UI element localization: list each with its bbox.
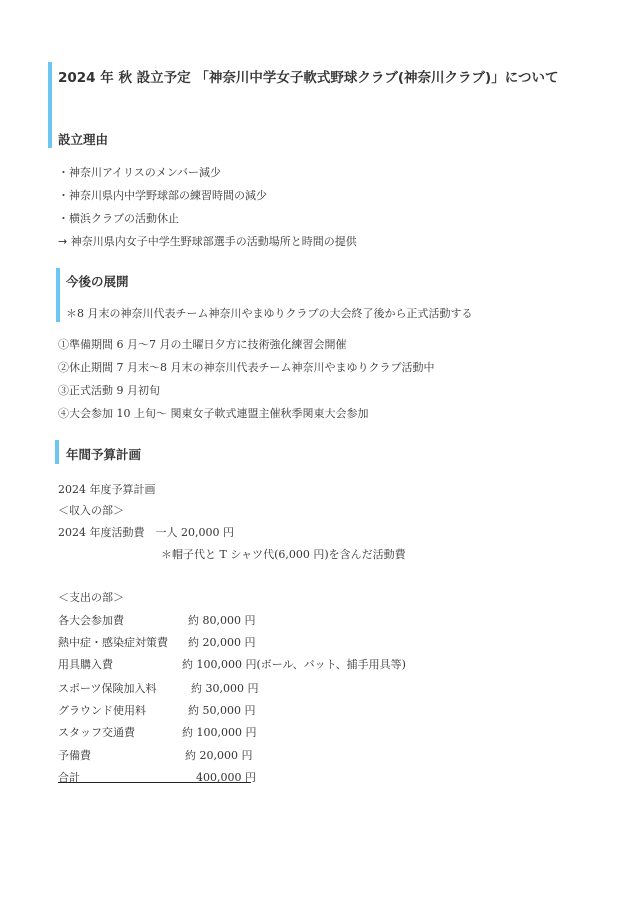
- plan-note: ＊8 月末の神奈川代表チーム神奈川やまゆりクラブの大会終了後から正式活動する: [66, 305, 473, 321]
- plan-step: ③正式活動 9 月初旬: [58, 382, 160, 398]
- expense-amount: 約 50,000 円: [188, 702, 255, 718]
- section-heading-budget: 年間予算計画: [66, 445, 141, 463]
- expense-item: 予備費: [58, 747, 91, 763]
- expense-item: 熱中症・感染症対策費: [58, 634, 168, 650]
- income-line: 2024 年度活動費 一人 20,000 円: [58, 524, 234, 540]
- expense-label: ＜支出の部＞: [58, 589, 124, 605]
- expense-amount: 約 100,000 円: [182, 724, 256, 740]
- expense-amount: 約 80,000 円: [188, 612, 255, 628]
- plan-step: ②休止期間 7 月末〜8 月末の神奈川代表チーム神奈川やまゆりクラブ活動中: [58, 359, 434, 375]
- budget-subtitle: 2024 年度予算計画: [58, 481, 156, 497]
- plan-step: ④大会参加 10 上旬〜 関東女子軟式連盟主催秋季関東大会参加: [58, 405, 369, 421]
- expense-item: スタッフ交通費: [58, 724, 135, 740]
- expense-amount: 約 20,000 円: [188, 634, 255, 650]
- section-heading-reason: 設立理由: [58, 130, 108, 148]
- plan-step: ①準備期間 6 月〜7 月の土曜日夕方に技術強化練習会開催: [58, 336, 347, 352]
- expense-item: 用具購入費: [58, 656, 113, 672]
- reason-conclusion: → 神奈川県内女子中学生野球部選手の活動場所と時間の提供: [58, 233, 357, 249]
- reason-item: ・横浜クラブの活動休止: [58, 210, 179, 226]
- expense-item: 各大会参加費: [58, 612, 124, 628]
- expense-item: グラウンド使用料: [58, 702, 146, 718]
- reason-item: ・神奈川県内中学野球部の練習時間の減少: [58, 187, 267, 203]
- expense-amount: 約 20,000 円: [185, 747, 252, 763]
- title-accent-bar: [48, 62, 52, 148]
- total-underline: [58, 782, 251, 783]
- expense-item: スポーツ保険加入料: [58, 680, 157, 696]
- section-heading-plan: 今後の展開: [66, 272, 129, 290]
- reason-item: ・神奈川アイリスのメンバー減少: [58, 164, 221, 180]
- page-title: 2024 年 秋 設立予定 「神奈川中学女子軟式野球クラブ(神奈川クラブ)」につ…: [58, 66, 558, 86]
- income-label: ＜収入の部＞: [58, 502, 124, 518]
- expense-amount: 約 30,000 円: [191, 680, 258, 696]
- budget-accent-bar: [55, 440, 59, 464]
- income-note: ＊帽子代と T シャツ代(6,000 円)を含んだ活動費: [161, 546, 406, 562]
- plan-accent-bar: [56, 268, 60, 322]
- expense-amount: 約 100,000 円(ボール、バット、捕手用具等): [182, 656, 406, 672]
